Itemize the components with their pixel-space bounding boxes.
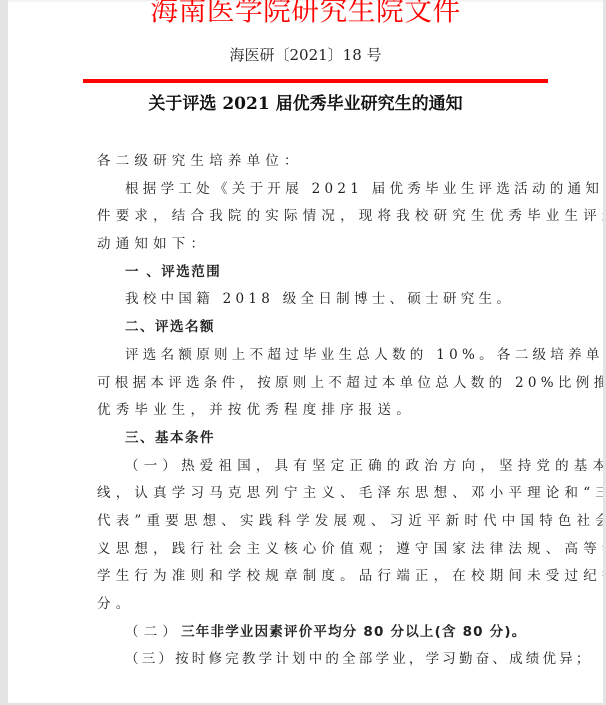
section-heading-scope: 一 、评选范围 [97, 259, 517, 287]
section-heading-quota: 二、评选名额 [97, 314, 517, 342]
notice-body: 各二级研究生培养单位： 根据学工处《关于开展 2021 届优秀毕业生评选活动的通… [97, 148, 517, 674]
condition-2-line: （二）三年非学业因素评价平均分 80 分以上(含 80 分)。 [97, 619, 517, 647]
condition-1-line: 分。 [97, 591, 517, 619]
document-viewer[interactable]: 海南医学院研究生院文件 海医研〔2021〕18 号 关于评选 2021 届优秀毕… [0, 0, 606, 705]
condition-2-prefix: （二） [125, 624, 181, 640]
condition-1-line: 代表”重要思想、实践科学发展观、习近平新时代中国特色社会主 [97, 508, 517, 536]
intro-line: 根据学工处《关于开展 2021 届优秀毕业生评选活动的通知》文 [97, 176, 517, 204]
condition-3-line: （三）按时修完教学计划中的全部学业，学习勤奋、成绩优异； [97, 646, 517, 674]
document-number: 海医研〔2021〕18 号 [8, 45, 603, 65]
quota-line: 可根据本评选条件，按原则上不超过本单位总人数的 20%比例推选 [97, 370, 517, 398]
condition-2-bold-text: 三年非学业因素评价平均分 80 分以上(含 80 分)。 [181, 624, 526, 640]
section-heading-conditions: 三、基本条件 [97, 425, 517, 453]
salutation: 各二级研究生培养单位： [97, 148, 517, 176]
condition-1-line: （一）热爱祖国，具有坚定正确的政治方向，坚持党的基本路 [97, 453, 517, 481]
document-page: 海南医学院研究生院文件 海医研〔2021〕18 号 关于评选 2021 届优秀毕… [8, 0, 603, 703]
red-divider-rule [83, 79, 548, 83]
condition-1-line: 线，认真学习马克思列宁主义、毛泽东思想、邓小平理论和“三个 [97, 480, 517, 508]
intro-line: 动通知如下： [97, 231, 517, 259]
condition-1-line: 义思想，践行社会主义核心价值观；遵守国家法律法规、高等学校 [97, 536, 517, 564]
condition-1-line: 学生行为准则和学校规章制度。品行端正，在校期间未受过纪律处 [97, 563, 517, 591]
issuer-title: 海南医学院研究生院文件 [11, 0, 600, 31]
quota-line: 评选名额原则上不超过毕业生总人数的 10%。各二级培养单位 [97, 342, 517, 370]
notice-title: 关于评选 2021 届优秀毕业研究生的通知 [8, 93, 603, 115]
scope-line: 我校中国籍 2018 级全日制博士、硕士研究生。 [97, 286, 517, 314]
intro-line: 件要求，结合我院的实际情况，现将我校研究生优秀毕业生评选活 [97, 203, 517, 231]
quota-line: 优秀毕业生，并按优秀程度排序报送。 [97, 397, 517, 425]
